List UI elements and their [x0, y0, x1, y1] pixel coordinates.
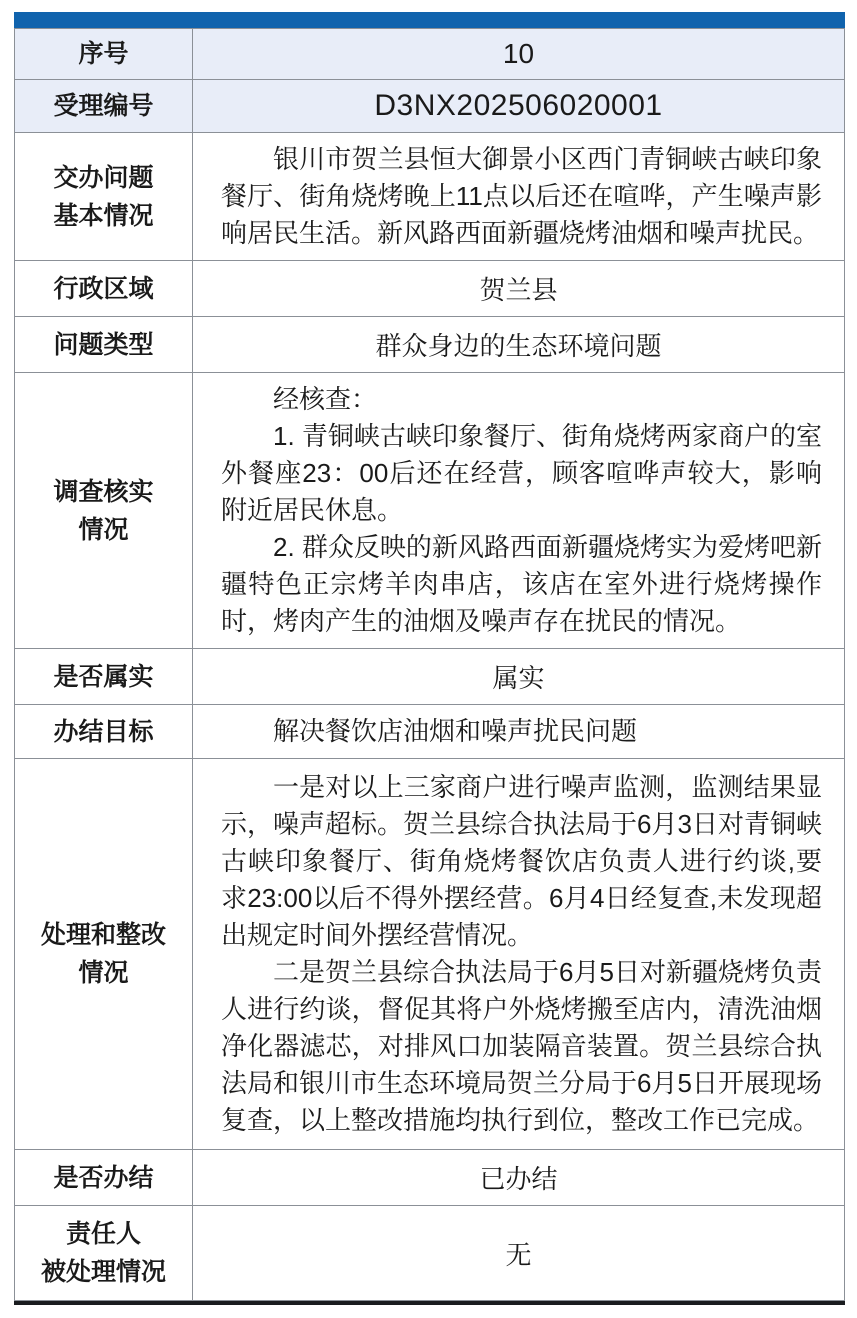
case-detail-table: 序号10受理编号D3NX202506020001交办问题 基本情况银川市贺兰县恒…	[14, 28, 845, 1301]
table-row: 调查核实 情况经核查：1. 青铜峡古峡印象餐厅、街角烧烤两家商户的室外餐座23：…	[15, 373, 845, 649]
row-value: 一是对以上三家商户进行噪声监测，监测结果显示，噪声超标。贺兰县综合执法局于6月3…	[193, 759, 845, 1150]
paragraph: 银川市贺兰县恒大御景小区西门青铜峡古峡印象餐厅、街角烧烤晚上11点以后还在喧哗，…	[221, 141, 822, 252]
row-value: 无	[193, 1206, 845, 1301]
table-row: 序号10	[15, 29, 845, 80]
paragraph: 二是贺兰县综合执法局于6月5日对新疆烧烤负责人进行约谈，督促其将户外烧烤搬至店内…	[221, 954, 822, 1139]
row-value: 群众身边的生态环境问题	[193, 317, 845, 373]
page: 序号10受理编号D3NX202506020001交办问题 基本情况银川市贺兰县恒…	[0, 0, 857, 1318]
row-label: 办结目标	[15, 705, 193, 759]
row-label: 是否办结	[15, 1150, 193, 1206]
paragraph: 1. 青铜峡古峡印象餐厅、街角烧烤两家商户的室外餐座23：00后还在经营，顾客喧…	[221, 418, 822, 529]
row-label: 问题类型	[15, 317, 193, 373]
row-label: 序号	[15, 29, 193, 80]
paragraph: 2. 群众反映的新风路西面新疆烧烤实为爱烤吧新疆特色正宗烤羊肉串店，该店在室外进…	[221, 529, 822, 640]
table-header-bar	[14, 12, 845, 28]
table-row: 处理和整改 情况一是对以上三家商户进行噪声监测，监测结果显示，噪声超标。贺兰县综…	[15, 759, 845, 1150]
table-body: 序号10受理编号D3NX202506020001交办问题 基本情况银川市贺兰县恒…	[15, 29, 845, 1301]
row-value: 10	[193, 29, 845, 80]
row-value: 解决餐饮店油烟和噪声扰民问题	[193, 705, 845, 759]
table-row: 行政区域贺兰县	[15, 261, 845, 317]
row-label: 行政区域	[15, 261, 193, 317]
row-label: 责任人 被处理情况	[15, 1206, 193, 1301]
paragraph: 解决餐饮店油烟和噪声扰民问题	[221, 713, 822, 750]
table-row: 是否办结已办结	[15, 1150, 845, 1206]
table-row: 交办问题 基本情况银川市贺兰县恒大御景小区西门青铜峡古峡印象餐厅、街角烧烤晚上1…	[15, 133, 845, 261]
paragraph: 一是对以上三家商户进行噪声监测，监测结果显示，噪声超标。贺兰县综合执法局于6月3…	[221, 769, 822, 954]
row-label: 受理编号	[15, 80, 193, 133]
row-label: 是否属实	[15, 649, 193, 705]
paragraph: 经核查：	[221, 381, 822, 418]
table-row: 是否属实属实	[15, 649, 845, 705]
row-value: 已办结	[193, 1150, 845, 1206]
row-value: 贺兰县	[193, 261, 845, 317]
row-value: 经核查：1. 青铜峡古峡印象餐厅、街角烧烤两家商户的室外餐座23：00后还在经营…	[193, 373, 845, 649]
row-value: 属实	[193, 649, 845, 705]
row-label: 处理和整改 情况	[15, 759, 193, 1150]
table-row: 问题类型群众身边的生态环境问题	[15, 317, 845, 373]
row-value: D3NX202506020001	[193, 80, 845, 133]
row-label: 交办问题 基本情况	[15, 133, 193, 261]
case-table-wrapper: 序号10受理编号D3NX202506020001交办问题 基本情况银川市贺兰县恒…	[14, 12, 845, 1305]
row-label: 调查核实 情况	[15, 373, 193, 649]
table-row: 办结目标解决餐饮店油烟和噪声扰民问题	[15, 705, 845, 759]
table-row: 责任人 被处理情况无	[15, 1206, 845, 1301]
row-value: 银川市贺兰县恒大御景小区西门青铜峡古峡印象餐厅、街角烧烤晚上11点以后还在喧哗，…	[193, 133, 845, 261]
table-bottom-bar	[14, 1301, 845, 1305]
table-row: 受理编号D3NX202506020001	[15, 80, 845, 133]
